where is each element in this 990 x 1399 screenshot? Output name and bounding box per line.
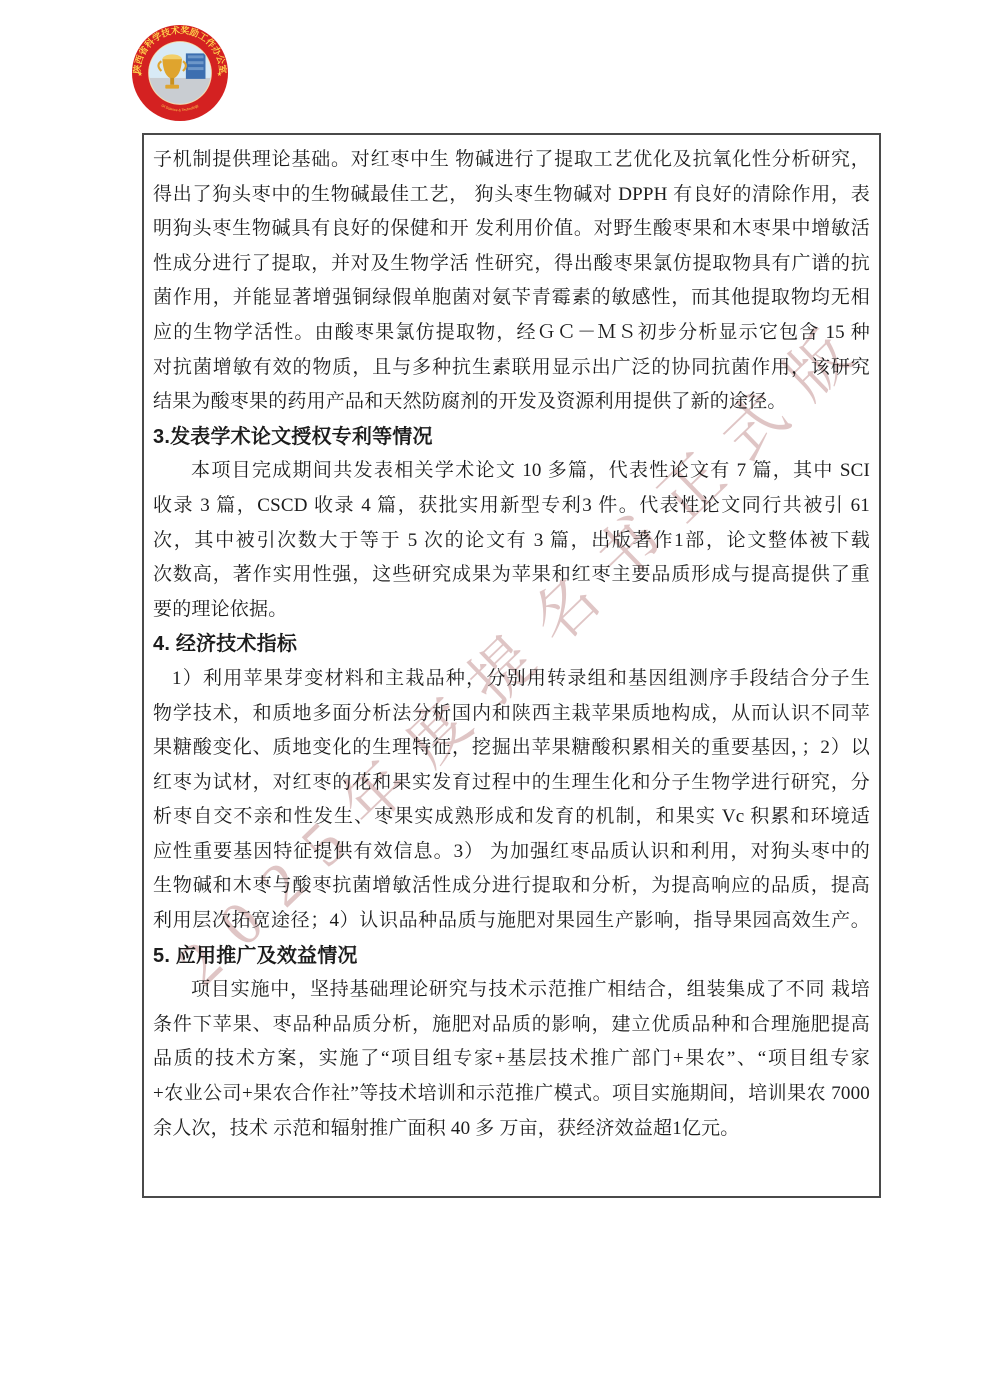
text-line: 项目实施中，坚持基础理论研究与技术示范推广相结合，组装集成了不同 栽培 — [153, 973, 870, 1008]
text-line: 物学技术，和质地多面分析法分析国内和陕西主栽苹果质地构成，从而认识不同苹 — [153, 697, 870, 732]
section-heading: 3.发表学术论文授权专利等情况 — [153, 420, 870, 455]
text-line: 生物碱和木枣与酸枣抗菌增敏活性成分进行提取和分析，为提高响应的品质，提高 — [153, 869, 870, 904]
text-line: 次，其中被引次数大于等于 5 次的论文有 3 篇，出版著作1部，论文整体被下载 — [153, 524, 870, 559]
text-line: 析枣自交不亲和性发生、枣果实成熟形成和发育的机制，和果实 Vc 积累和环境适 — [153, 800, 870, 835]
text-line: 次数高，著作实用性强，这些研究成果为苹果和红枣主要品质形成与提高提供了重 — [153, 558, 870, 593]
text-line: 菌作用，并能显著增强铜绿假单胞菌对氨苄青霉素的敏感性，而其他提取物均无相 — [153, 281, 870, 316]
text-line: 应的生物学活性。由酸枣果氯仿提取物，经ＧＣ－ＭＳ初步分析显示它包含 15 种 — [153, 316, 870, 351]
text-line: +农业公司+果农合作社”等技术培训和示范推广模式。项目实施期间，培训果农 700… — [153, 1077, 870, 1112]
building-window-band — [188, 55, 204, 58]
text-line: 红枣为试材，对红枣的花和果实发育过程中的生理生化和分子生物学进行研究，分 — [153, 766, 870, 801]
text-line: 对抗菌增敏有效的物质，且与多种抗生素联用显示出广泛的协同抗菌作用，该研究 — [153, 351, 870, 386]
page: 陕西省科学技术奖励工作办公室 Of Science & Technology ★… — [0, 0, 990, 1399]
text-line: 性成分进行了提取，并对及生物学活 性研究，得出酸枣果氯仿提取物具有广谱的抗 — [153, 247, 870, 282]
text-line: 得出了狗头枣中的生物碱最佳工艺， 狗头枣生物碱对 DPPH 有良好的清除作用，表 — [153, 178, 870, 213]
document-text: 子机制提供理论基础。对红枣中生 物碱进行了提取工艺优化及抗氧化性分析研究，得出了… — [144, 135, 879, 1146]
seal-left-star-icon: ★ — [137, 71, 142, 78]
building-window-band — [188, 67, 204, 70]
section-heading: 4. 经济技术指标 — [153, 627, 870, 662]
seal-right-star-icon: ★ — [217, 71, 222, 78]
text-line: 要的理论依据。 — [153, 593, 870, 628]
building-window-band — [188, 61, 204, 64]
text-line: 明狗头枣生物碱具有良好的保健和开 发利用价值。对野生酸枣果和木枣果中增敏活 — [153, 212, 870, 247]
text-line: 应性重要基因特征提供有效信息。3） 为加强红枣品质认识和利用，对狗头枣中的 — [153, 835, 870, 870]
text-line: 1）利用苹果芽变材料和主栽品种，分别用转录组和基因组测序手段结合分子生 — [153, 662, 870, 697]
text-line: 余人次，技术 示范和辐射推广面积 40 多 万亩，获经济效益超1亿元。 — [153, 1112, 870, 1147]
text-line: 收录 3 篇，CSCD 收录 4 篇，获批实用新型专利3 件。代表性论文同行共被… — [153, 489, 870, 524]
text-line: 品质的技术方案，实施了“项目组专家+基层技术推广部门+果农”、“项目组专家 — [153, 1042, 870, 1077]
text-line: 果糖酸变化、质地变化的生理特征，挖掘出苹果糖酸积累相关的重要基因，；2）以 — [153, 731, 870, 766]
document-box: 子机制提供理论基础。对红枣中生 物碱进行了提取工艺优化及抗氧化性分析研究，得出了… — [142, 133, 881, 1198]
org-seal-logo: 陕西省科学技术奖励工作办公室 Of Science & Technology ★… — [131, 24, 229, 122]
text-line: 条件下苹果、枣品种品质分析，施肥对品质的影响，建立优质品种和合理施肥提高 — [153, 1008, 870, 1043]
seal-svg: 陕西省科学技术奖励工作办公室 Of Science & Technology ★… — [131, 24, 229, 122]
text-line: 子机制提供理论基础。对红枣中生 物碱进行了提取工艺优化及抗氧化性分析研究， — [153, 143, 870, 178]
section-heading: 5. 应用推广及效益情况 — [153, 939, 870, 974]
text-line: 本项目完成期间共发表相关学术论文 10 多篇，代表性论文有 7 篇，其中 SCI — [153, 454, 870, 489]
text-line: 结果为酸枣果的药用产品和天然防腐剂的开发及资源利用提供了新的途径。 — [153, 385, 870, 420]
text-line: 利用层次拓宽途径；4）认识品种品质与施肥对果园生产影响，指导果园高效生产。 — [153, 904, 870, 939]
